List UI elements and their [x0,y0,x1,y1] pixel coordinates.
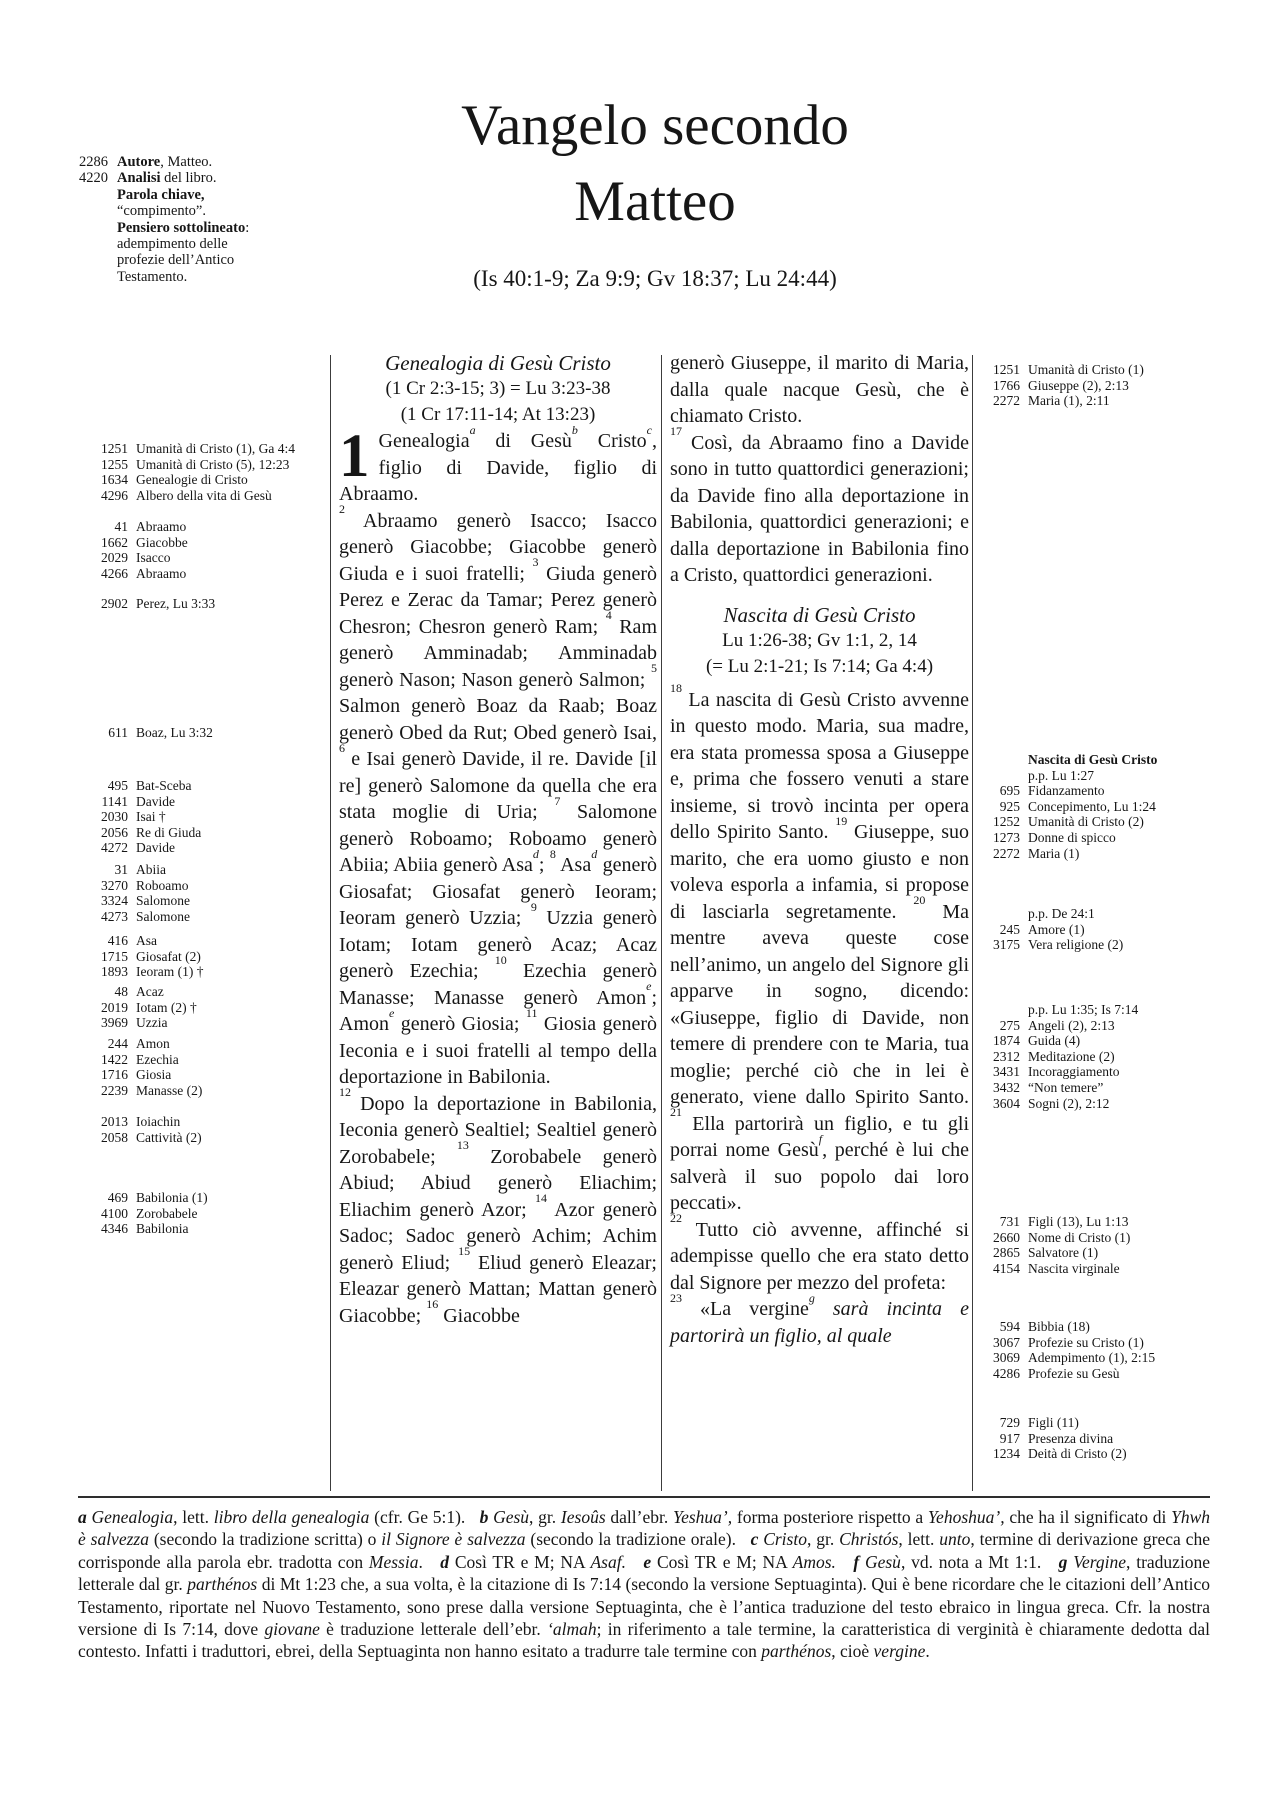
ref-entry: 1251Umanità di Cristo (1), Ga 4:4 [72,441,330,457]
ref-number: 3432 [986,1080,1020,1096]
ref-entry: 1634Genealogie di Cristo [72,472,330,488]
ref-number: 1251 [72,441,128,457]
ref-entry: 3270Roboamo [72,878,330,894]
ref-entry: 4286Profezie su Gesù [986,1366,1278,1382]
ref-number: 1234 [986,1446,1020,1462]
ref-entry: 48Acaz [72,984,330,1000]
ref-entry: 3604Sogni (2), 2:12 [986,1096,1278,1112]
pericope-title: Genealogia di Gesù Cristo [339,350,657,376]
ref-entry: 1251Umanità di Cristo (1) [986,362,1278,378]
ref-number: 275 [986,1018,1020,1034]
ref-number: 1662 [72,535,128,551]
ref-entry: 1273Donne di spicco [986,830,1278,846]
ref-entry: 4346Babilonia [72,1221,330,1237]
ref-entry: 925Concepimento, Lu 1:24 [986,799,1278,815]
ref-entry: 3067Profezie su Cristo (1) [986,1335,1278,1351]
ref-entry: 495Bat-Sceba [72,778,330,794]
ref-entry: 3431Incoraggiamento [986,1064,1278,1080]
ref-number: 2013 [72,1114,128,1130]
ref-label: Babilonia (1) [136,1190,208,1206]
right-ref-group-1: 1251Umanità di Cristo (1)1766Giuseppe (2… [986,362,1278,409]
ref-number: 3431 [986,1064,1020,1080]
pericope-parallel-ref: (= Lu 2:1-21; Is 7:14; Ga 4:4) [670,654,969,680]
ref-number [986,768,1020,784]
ref-label: Acaz [136,984,164,1000]
ref-label: Figli (11) [1028,1415,1079,1431]
ref-entry: 2013Ioiachin [72,1114,330,1130]
intro-note-row: profezie dell’Antico [72,252,297,268]
ref-entry: 1893Ieoram (1) † [72,964,330,980]
book-title: Vangelo secondo Matteo [330,88,980,240]
ref-number: 3069 [986,1350,1020,1366]
right-ref-group-5: 731Figli (13), Lu 1:132660Nome di Cristo… [986,1214,1278,1276]
ref-label: Zorobabele [136,1206,197,1222]
ref-number [72,252,108,268]
ref-number: 416 [72,933,128,949]
ref-entry: 917Presenza divina [986,1431,1278,1447]
ref-label: Sogni (2), 2:12 [1028,1096,1109,1112]
ref-label: Giosia [136,1067,171,1083]
ref-entry: 2058Cattività (2) [72,1130,330,1146]
ref-number: 1255 [72,457,128,473]
ref-entry: 31Abiia [72,862,330,878]
ref-label: Salomone [136,893,190,909]
ref-entry: 2272Maria (1) [986,846,1278,862]
ref-label: Umanità di Cristo (2) [1028,814,1144,830]
ref-number: 2056 [72,825,128,841]
ref-entry: 1141Davide [72,794,330,810]
ref-entry: 3969Uzzia [72,1015,330,1031]
ref-entry: 695Fidanzamento [986,783,1278,799]
ref-number: 48 [72,984,128,1000]
ref-label: Abraamo [136,566,186,582]
ref-number: 2239 [72,1083,128,1099]
ref-entry: 41Abraamo [72,519,330,535]
ref-label: Nome di Cristo (1) [1028,1230,1130,1246]
ref-number: 1634 [72,472,128,488]
ref-label: p.p. Lu 1:35; Is 7:14 [1028,1002,1138,1018]
ref-number: 4346 [72,1221,128,1237]
intro-note-row: adempimento delle [72,236,297,252]
right-ref-group-7: 729Figli (11)917Presenza divina1234Deità… [986,1415,1278,1462]
ref-entry: 4296Albero della vita di Gesù [72,488,330,504]
ref-label: Salomone [136,909,190,925]
ref-number [72,187,108,203]
ref-number: 1251 [986,362,1020,378]
ref-label: Perez, Lu 3:33 [136,596,215,612]
text-column-2: generò Giuseppe, il marito di Maria, dal… [670,350,969,1349]
chapter-number: 1 [339,428,379,480]
ref-label: Davide [136,840,175,856]
ref-label: Abiia [136,862,166,878]
ref-entry: 2239Manasse (2) [72,1083,330,1099]
verse-text: Genealogiaa di Gesùb Cristoc, figlio di … [339,430,657,505]
ref-entry: 594Bibbia (18) [986,1319,1278,1335]
ref-number: 1874 [986,1033,1020,1049]
intro-note-row: “compimento”. [72,203,297,219]
left-ref-group-4: 611Boaz, Lu 3:32 [72,725,330,741]
ref-label: Umanità di Cristo (1) [1028,362,1144,378]
ref-entry: 469Babilonia (1) [72,1190,330,1206]
ref-label: Figli (13), Lu 1:13 [1028,1214,1129,1230]
ref-entry: 4154Nascita virginale [986,1261,1278,1277]
ref-entry: 245Amore (1) [986,922,1278,938]
ref-label: Ioiachin [136,1114,180,1130]
right-ref-group-4: p.p. Lu 1:35; Is 7:14275Angeli (2), 2:13… [986,1002,1278,1111]
ref-number [986,906,1020,922]
ref-label: Guida (4) [1028,1033,1080,1049]
ref-number: 917 [986,1431,1020,1447]
ref-label: Concepimento, Lu 1:24 [1028,799,1156,815]
ref-entry: 3432“Non temere” [986,1080,1278,1096]
ref-label: Giacobbe [136,535,188,551]
ref-label: Giosafat (2) [136,949,201,965]
ref-entry: 2056Re di Giuda [72,825,330,841]
ref-number: 731 [986,1214,1020,1230]
ref-number: 1141 [72,794,128,810]
ref-number: 2058 [72,1130,128,1146]
ref-number: 4273 [72,909,128,925]
ref-number: 2312 [986,1049,1020,1065]
ref-number: 4266 [72,566,128,582]
pericope-parallel-ref: (1 Cr 17:11-14; At 13:23) [339,402,657,428]
left-ref-group-8: 48Acaz2019Iotam (2) †3969Uzzia [72,984,330,1031]
ref-number: 594 [986,1319,1020,1335]
right-ref-group-2: Nascita di Gesù Cristo p.p. Lu 1:27695Fi… [986,752,1278,861]
ref-label: Profezie su Cristo (1) [1028,1335,1144,1351]
ref-label: Uzzia [136,1015,167,1031]
ref-number: 4296 [72,488,128,504]
ref-label: Albero della vita di Gesù [136,488,272,504]
ref-number: 4286 [986,1366,1020,1382]
ref-number: 2286 [72,154,108,170]
ref-entry: 2019Iotam (2) † [72,1000,330,1016]
pericope-heading-genealogia: Genealogia di Gesù Cristo (1 Cr 2:3-15; … [339,350,657,428]
ref-entry: 244Amon [72,1036,330,1052]
ref-number: 1422 [72,1052,128,1068]
ref-number: 611 [72,725,128,741]
verse-paragraph-2-11: 2 Abraamo generò Isacco; Isacco generò G… [339,508,657,1091]
ref-label: Babilonia [136,1221,189,1237]
ref-number: 3969 [72,1015,128,1031]
ref-entry: 1766Giuseppe (2), 2:13 [986,378,1278,394]
intro-note-text: Autore, Matteo. [117,154,212,170]
ref-entry: 2029Isacco [72,550,330,566]
book-title-line1: Vangelo secondo [330,88,980,164]
ref-label: Ezechia [136,1052,179,1068]
verse-paragraph-12-16: 12 Dopo la deportazione in Babilonia, Ie… [339,1091,657,1330]
ref-number: 3604 [986,1096,1020,1112]
intro-note-text: Parola chiave, [117,187,205,203]
ref-number [72,269,108,285]
left-ref-group-9: 244Amon1422Ezechia1716Giosia2239Manasse … [72,1036,330,1098]
ref-number: 695 [986,783,1020,799]
ref-label: Angeli (2), 2:13 [1028,1018,1115,1034]
ref-entry: 3175Vera religione (2) [986,937,1278,953]
ref-entry: 2865Salvatore (1) [986,1245,1278,1261]
ref-label: Re di Giuda [136,825,201,841]
ref-number: 3270 [72,878,128,894]
footnotes-block: a Genealogia, lett. libro della genealog… [78,1506,1210,1663]
ref-number: 3175 [986,937,1020,953]
intro-note-text: Pensiero sottolineato: [117,220,249,236]
verse-paragraph-17: 17 Così, da Abraamo fino a Davide sono i… [670,430,969,589]
ref-number: 1273 [986,830,1020,846]
ref-entry: 4100Zorobabele [72,1206,330,1222]
verse-paragraph-16-cont: generò Giuseppe, il marito di Maria, dal… [670,350,969,430]
ref-entry: 731Figli (13), Lu 1:13 [986,1214,1278,1230]
ref-entry: 1662Giacobbe [72,535,330,551]
ref-label: Isai † [136,809,166,825]
ref-entry: 2272Maria (1), 2:11 [986,393,1278,409]
ref-number: 4272 [72,840,128,856]
ref-entry: 3324Salomone [72,893,330,909]
column-divider-left [330,355,331,1491]
ref-label: Meditazione (2) [1028,1049,1115,1065]
ref-number: 2030 [72,809,128,825]
ref-entry: 1255Umanità di Cristo (5), 12:23 [72,457,330,473]
ref-number: 729 [986,1415,1020,1431]
ref-number: 31 [72,862,128,878]
ref-number: 2029 [72,550,128,566]
ref-entry: 275Angeli (2), 2:13 [986,1018,1278,1034]
intro-note-text: Analisi del libro. [117,170,217,186]
ref-group-header: Nascita di Gesù Cristo [986,752,1278,768]
ref-label: Iotam (2) † [136,1000,197,1016]
ref-label: Nascita virginale [1028,1261,1120,1277]
ref-entry: p.p. De 24:1 [986,906,1278,922]
pericope-parallel-ref: (1 Cr 2:3-15; 3) = Lu 3:23-38 [339,376,657,402]
ref-label: Amore (1) [1028,922,1085,938]
ref-label: Ieoram (1) † [136,964,203,980]
ref-number: 4154 [986,1261,1020,1277]
verse-paragraph-18-21: 18 La nascita di Gesù Cristo avvenne in … [670,687,969,1217]
book-title-references: (Is 40:1-9; Za 9:9; Gv 18:37; Lu 24:44) [330,266,980,292]
intro-note-text: Testamento. [117,269,187,285]
ref-entry: 1716Giosia [72,1067,330,1083]
intro-note-row: Pensiero sottolineato: [72,220,297,236]
ref-number: 4220 [72,170,108,186]
ref-entry: p.p. Lu 1:35; Is 7:14 [986,1002,1278,1018]
ref-label: Umanità di Cristo (1), Ga 4:4 [136,441,295,457]
ref-label: p.p. Lu 1:27 [1028,768,1094,784]
ref-label: Profezie su Gesù [1028,1366,1119,1382]
ref-entry: 729Figli (11) [986,1415,1278,1431]
ref-number: 3067 [986,1335,1020,1351]
intro-note-text: adempimento delle [117,236,228,252]
left-ref-group-7: 416Asa1715Giosafat (2)1893Ieoram (1) † [72,933,330,980]
ref-entry: 4273Salomone [72,909,330,925]
ref-label: Davide [136,794,175,810]
ref-number: 2902 [72,596,128,612]
right-ref-group-3: p.p. De 24:1245Amore (1)3175Vera religio… [986,906,1278,953]
ref-number: 1716 [72,1067,128,1083]
ref-label: Isacco [136,550,170,566]
ref-entry: p.p. Lu 1:27 [986,768,1278,784]
ref-label: Incoraggiamento [1028,1064,1119,1080]
bible-page: 2286 Autore, Matteo. 4220 Analisi del li… [0,0,1286,1811]
book-intro-notes: 2286 Autore, Matteo. 4220 Analisi del li… [72,154,297,285]
ref-number: 495 [72,778,128,794]
ref-entry: 2030Isai † [72,809,330,825]
ref-label: Genealogie di Cristo [136,472,248,488]
ref-number: 469 [72,1190,128,1206]
ref-entry: 1422Ezechia [72,1052,330,1068]
ref-label: Roboamo [136,878,189,894]
ref-label: Umanità di Cristo (5), 12:23 [136,457,289,473]
ref-label: Maria (1) [1028,846,1079,862]
footnote-divider [78,1496,1210,1498]
ref-entry: 2312Meditazione (2) [986,1049,1278,1065]
ref-label: Boaz, Lu 3:32 [136,725,213,741]
ref-label: Adempimento (1), 2:15 [1028,1350,1155,1366]
ref-label: Maria (1), 2:11 [1028,393,1110,409]
ref-number [72,203,108,219]
left-ref-group-1: 1251Umanità di Cristo (1), Ga 4:41255Uma… [72,441,330,503]
left-ref-group-3: 2902Perez, Lu 3:33 [72,596,330,612]
pericope-parallel-ref: Lu 1:26-38; Gv 1:1, 2, 14 [670,628,969,654]
ref-label: Bibbia (18) [1028,1319,1090,1335]
ref-label: Manasse (2) [136,1083,202,1099]
ref-label: Fidanzamento [1028,783,1104,799]
ref-number: 2019 [72,1000,128,1016]
ref-label: Abraamo [136,519,186,535]
ref-number: 4100 [72,1206,128,1222]
ref-number: 244 [72,1036,128,1052]
ref-number: 41 [72,519,128,535]
ref-number: 925 [986,799,1020,815]
left-ref-group-2: 41Abraamo1662Giacobbe2029Isacco4266Abraa… [72,519,330,581]
ref-entry: 416Asa [72,933,330,949]
ref-label: Vera religione (2) [1028,937,1123,953]
ref-entry: 1234Deità di Cristo (2) [986,1446,1278,1462]
column-divider-right [972,355,973,1491]
ref-entry: 1252Umanità di Cristo (2) [986,814,1278,830]
ref-number: 2865 [986,1245,1020,1261]
ref-number: 1715 [72,949,128,965]
intro-note-row: 4220 Analisi del libro. [72,170,297,186]
ref-number: 2660 [986,1230,1020,1246]
intro-note-text: “compimento”. [117,203,206,219]
left-ref-group-6: 31Abiia3270Roboamo3324Salomone4273Salomo… [72,862,330,924]
ref-label: “Non temere” [1028,1080,1103,1096]
intro-note-row: Testamento. [72,269,297,285]
ref-number: 245 [986,922,1020,938]
ref-label: Giuseppe (2), 2:13 [1028,378,1129,394]
ref-entry: 2660Nome di Cristo (1) [986,1230,1278,1246]
ref-entry: 1715Giosafat (2) [72,949,330,965]
verse-paragraph-23: 23 «La vergineg sarà incinta e partorirà… [670,1296,969,1349]
ref-label: Deità di Cristo (2) [1028,1446,1127,1462]
left-ref-group-5: 495Bat-Sceba1141Davide2030Isai †2056Re d… [72,778,330,856]
ref-entry: 3069Adempimento (1), 2:15 [986,1350,1278,1366]
right-ref-group-6: 594Bibbia (18)3067Profezie su Cristo (1)… [986,1319,1278,1381]
column-divider-center [661,355,662,1491]
ref-label: Asa [136,933,157,949]
ref-entry: 1874Guida (4) [986,1033,1278,1049]
ref-label: p.p. De 24:1 [1028,906,1095,922]
verse-paragraph-22: 22 Tutto ciò avvenne, affinché si adempi… [670,1217,969,1297]
intro-note-row: 2286 Autore, Matteo. [72,154,297,170]
intro-note-text: profezie dell’Antico [117,252,234,268]
text-column-1: Genealogia di Gesù Cristo (1 Cr 2:3-15; … [339,350,657,1329]
ref-label: Bat-Sceba [136,778,191,794]
left-ref-group-10: 2013Ioiachin2058Cattività (2) [72,1114,330,1145]
ref-number: 3324 [72,893,128,909]
ref-number [72,236,108,252]
ref-label: Cattività (2) [136,1130,202,1146]
book-title-line2: Matteo [330,164,980,240]
ref-entry: 4266Abraamo [72,566,330,582]
pericope-heading-nascita: Nascita di Gesù Cristo Lu 1:26-38; Gv 1:… [670,602,969,680]
ref-number [72,220,108,236]
ref-number [986,1002,1020,1018]
ref-label: Donne di spicco [1028,830,1116,846]
ref-number: 1766 [986,378,1020,394]
ref-number: 2272 [986,393,1020,409]
ref-entry: 4272Davide [72,840,330,856]
ref-label: Amon [136,1036,170,1052]
pericope-title: Nascita di Gesù Cristo [670,602,969,628]
ref-entry: 611Boaz, Lu 3:32 [72,725,330,741]
ref-entry: 2902Perez, Lu 3:33 [72,596,330,612]
left-ref-group-11: 469Babilonia (1)4100Zorobabele4346Babilo… [72,1190,330,1237]
ref-label: Salvatore (1) [1028,1245,1098,1261]
intro-note-row: Parola chiave, [72,187,297,203]
verse-paragraph-1: 1Genealogiaa di Gesùb Cristoc, figlio di… [339,428,657,508]
ref-label: Presenza divina [1028,1431,1113,1447]
ref-number: 2272 [986,846,1020,862]
ref-number: 1893 [72,964,128,980]
ref-number: 1252 [986,814,1020,830]
